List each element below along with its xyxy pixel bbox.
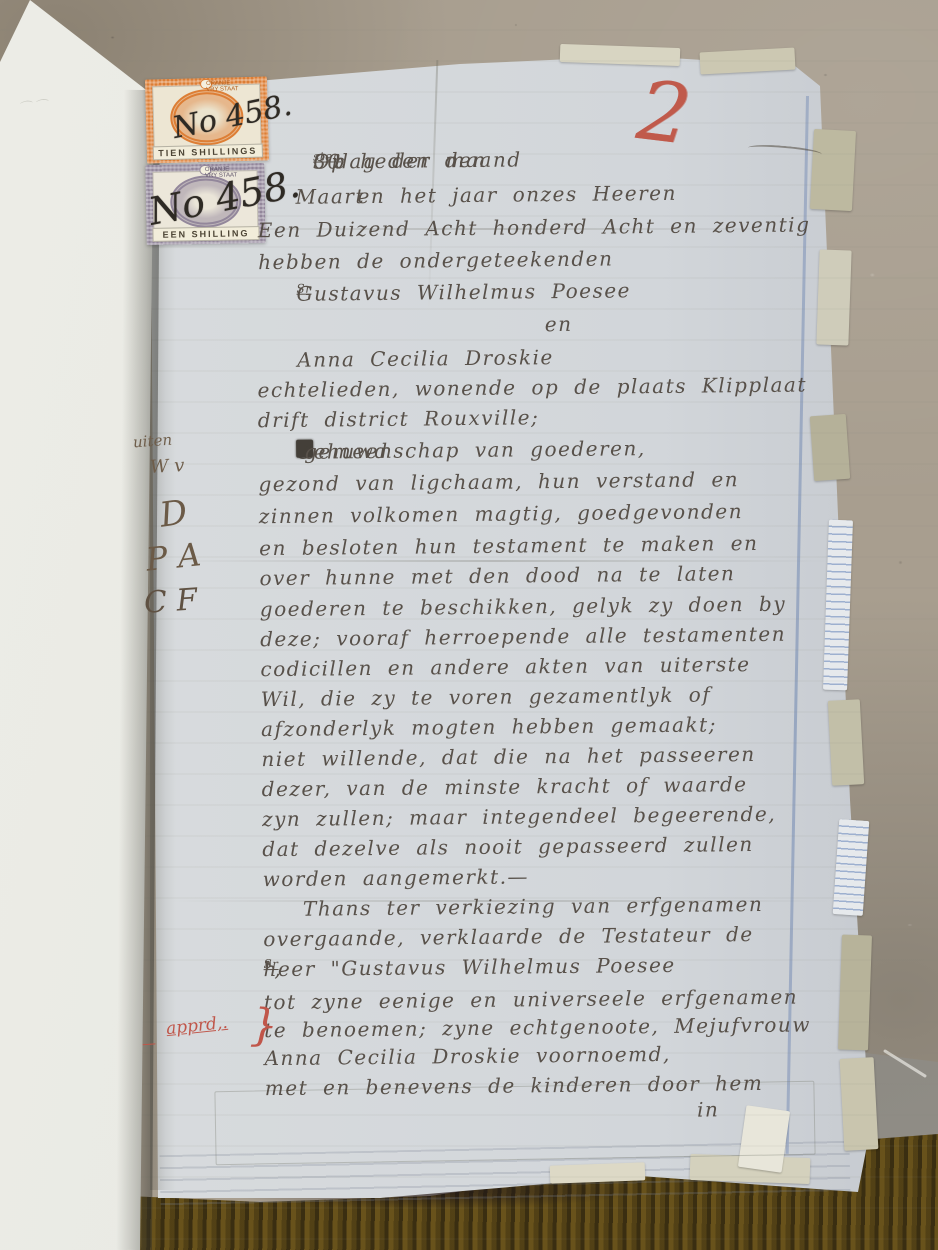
margin-initials: D: [157, 492, 190, 535]
red-margin-annotation: }: [249, 1000, 279, 1052]
red-margin-annotation: apprd,.: [165, 1013, 228, 1039]
margin-initials: P A: [144, 535, 202, 579]
margin-initials: W v: [149, 455, 184, 478]
margin-initials: C F: [143, 582, 199, 621]
margin-initials: uiten: [132, 431, 172, 452]
red-margin-annotation: —: [141, 1036, 156, 1053]
photograph-of-testament-page: ⌒⌒ ORANJE VRY STAAT TIEN SHILLINGS No 45…: [0, 0, 938, 1250]
margin-annotations: uitenW vDP AC Fapprd,.}—: [0, 0, 938, 1250]
